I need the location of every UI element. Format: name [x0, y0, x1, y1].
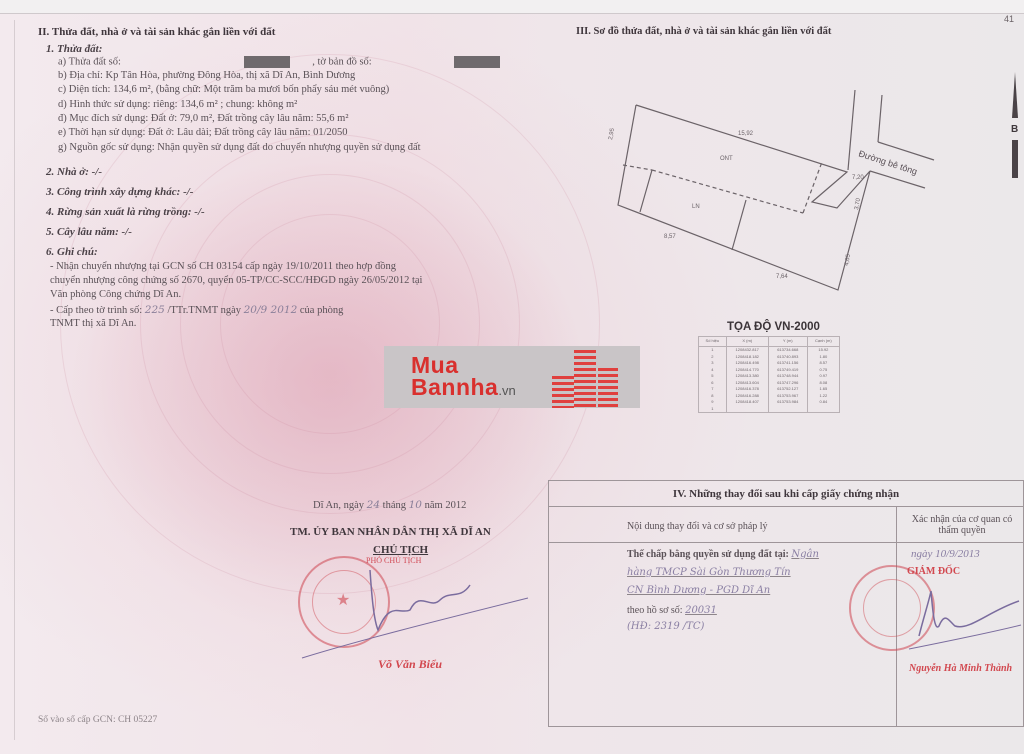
- report-date-handwritten: 20/9 2012: [244, 304, 298, 316]
- page-border: [14, 20, 15, 740]
- dim-label: 15,92: [738, 131, 754, 137]
- top-edge: [0, 0, 1024, 14]
- note-line-4-suffix: của phòng: [297, 305, 343, 316]
- area-label-ont: ONT: [720, 156, 733, 162]
- dim-label: 7,64: [776, 274, 788, 280]
- confirmation-title: GIÁM ĐỐC: [907, 566, 960, 577]
- note-line-3: Văn phòng Công chứng Dĩ An.: [50, 289, 181, 300]
- dim-label: 4,65: [844, 253, 852, 266]
- coord-header: Cạnh (m): [807, 337, 839, 347]
- issuing-authority: TM. ỦY BAN NHÂN DÂN THỊ XÃ DĨ AN: [290, 526, 491, 538]
- signature-scribble: [300, 560, 530, 660]
- address-line: b) Địa chỉ: Kp Tân Hòa, phường Đông Hòa,…: [58, 70, 355, 81]
- change-entry-line-1: Thế chấp bằng quyền sử dụng đất tại: Ngâ…: [627, 549, 819, 560]
- coord-cell: [768, 406, 807, 413]
- coord-cell: 15.92: [807, 347, 839, 354]
- dim-label: 2,95: [608, 127, 616, 140]
- dim-label: 3,70: [854, 197, 862, 210]
- mortgage-label: Thế chấp bằng quyền sử dụng đất tại:: [627, 549, 791, 560]
- coord-header: Y (m): [768, 337, 807, 347]
- redacted-map-sheet: [454, 56, 500, 68]
- issue-date-month-label: tháng: [380, 500, 409, 511]
- building-icon: [552, 376, 574, 408]
- watermark-suffix: .vn: [498, 383, 515, 398]
- changes-table: IV. Những thay đổi sau khi cấp giấy chứn…: [548, 480, 1024, 727]
- usage-purpose-line: đ) Mục đích sử dụng: Đất ở: 79,0 m², Đất…: [58, 113, 349, 124]
- col-header-confirmation: Xác nhận của cơ quan có thẩm quyền: [901, 514, 1023, 536]
- note-line-1: - Nhận chuyển nhượng tại GCN số CH 03154…: [50, 261, 396, 272]
- north-label: B: [1011, 124, 1018, 135]
- item-1-title: 1. Thửa đất:: [46, 43, 102, 55]
- note-line-2: chuyển nhượng công chứng số 2670, quyển …: [50, 275, 422, 286]
- change-entry-line-2: hàng TMCP Sài Gòn Thương Tín: [627, 567, 791, 578]
- issue-month: 10: [409, 499, 422, 511]
- section-ii-title: II. Thửa đất, nhà ở và tài sản khác gắn …: [38, 26, 275, 38]
- map-sheet-label: , tờ bản đồ số:: [312, 56, 372, 67]
- usage-origin-line: g) Nguồn gốc sử dụng: Nhận quyền sử dụng…: [58, 142, 421, 153]
- item-2-house: 2. Nhà ở: -/-: [46, 166, 102, 178]
- issue-year: năm 2012: [422, 500, 466, 511]
- file-number-label: theo hồ sơ số:: [627, 605, 685, 616]
- gcn-registry-number: Số vào sổ cấp GCN: CH 05227: [38, 715, 157, 725]
- emblem-ring: [140, 134, 520, 514]
- issue-date: Dĩ An, ngày 24 tháng 10 năm 2012: [313, 499, 466, 511]
- dim-label: 8,57: [664, 234, 676, 240]
- note-line-5: TNMT thị xã Dĩ An.: [50, 318, 136, 329]
- dim-label: 7,20: [852, 175, 864, 181]
- issue-date-prefix: Dĩ An, ngày: [313, 500, 367, 511]
- handwritten-file-number: 20031: [685, 605, 717, 616]
- coord-cell: 1208432.817: [726, 347, 768, 354]
- section-iv-title: IV. Những thay đổi sau khi cấp giấy chứn…: [549, 481, 1023, 507]
- section-iii-title: III. Sơ đồ thửa đất, nhà ở và tài sản kh…: [576, 26, 831, 37]
- building-icon: [574, 350, 596, 408]
- coord-table-title: TỌA ĐỘ VN-2000: [727, 321, 820, 333]
- note-line-4-prefix: - Cấp theo tờ trình số:: [50, 305, 145, 316]
- coord-row: 1: [699, 406, 840, 413]
- coord-cell: [726, 406, 768, 413]
- change-entry-line-4: theo hồ sơ số: 20031: [627, 605, 717, 616]
- coordinate-table-body: 11208432.817613734.66815.9221208418.1826…: [699, 347, 840, 413]
- confirmation-signer: Nguyễn Hà Minh Thành: [909, 663, 1012, 674]
- issue-day: 24: [367, 499, 380, 511]
- area-label-ln: LN: [692, 204, 700, 210]
- confirmation-date: ngày 10/9/2013: [911, 548, 980, 560]
- redacted-parcel-number: [244, 56, 290, 68]
- watermark-line-2: Bannha: [411, 374, 498, 400]
- item-4-forest: 4. Rừng sản xuất là rừng trồng: -/-: [46, 206, 205, 218]
- signer-name: Võ Văn Biểu: [378, 657, 442, 672]
- emblem-ring: [180, 174, 480, 474]
- handwritten-bank: Ngân: [791, 549, 819, 560]
- item-5-perennial: 5. Cây lâu năm: -/-: [46, 226, 132, 238]
- building-icon: [598, 368, 618, 408]
- coord-header: Số hiệu: [699, 337, 727, 347]
- parcel-diagram: 15,92 ONT LN 8,57 7,64 7,20 2,95 3,70 4,…: [600, 90, 1024, 320]
- change-entry-line-5: (HĐ: 2319 /TC): [627, 621, 704, 632]
- confirmation-signature: [899, 581, 1023, 651]
- usage-form-line: d) Hình thức sử dụng: riêng: 134,6 m² ; …: [58, 99, 297, 110]
- item-3-other-works: 3. Công trình xây dựng khác: -/-: [46, 186, 193, 198]
- coord-cell: [807, 406, 839, 413]
- change-entry-line-3: CN Bình Dương - PGD Dĩ An: [627, 585, 770, 596]
- coord-row: 11208432.817613734.66815.92: [699, 347, 840, 354]
- coord-cell: 1: [699, 406, 727, 413]
- parcel-number-label: a) Thửa đất số:: [58, 56, 121, 67]
- muabannha-watermark: Mua Bannha.vn: [384, 346, 640, 408]
- coord-cell: 613734.668: [768, 347, 807, 354]
- col-header-content: Nội dung thay đổi và cơ sở pháp lý: [627, 521, 768, 532]
- coord-cell: 1: [699, 347, 727, 354]
- area-line: c) Diện tích: 134,6 m², (bằng chữ: Một t…: [58, 84, 389, 95]
- parcel-number-line: a) Thửa đất số: , tờ bản đồ số:: [58, 56, 500, 68]
- watermark-text: Mua Bannha.vn: [411, 354, 516, 402]
- report-number-handwritten: 225: [145, 304, 165, 316]
- watermark-line-1: Mua: [411, 354, 516, 376]
- usage-term-line: e) Thời hạn sử dụng: Đất ở: Lâu dài; Đất…: [58, 127, 348, 138]
- page-mark: 41: [1004, 14, 1014, 24]
- north-arrow-icon: B: [1008, 70, 1022, 180]
- coord-header: X (m): [726, 337, 768, 347]
- note-line-4-middle: /TTr.TNMT ngày: [165, 305, 244, 316]
- signer-title: CHỦ TỊCH: [373, 544, 428, 556]
- coordinate-table: Số hiệu X (m) Y (m) Cạnh (m) 11208432.81…: [698, 336, 840, 413]
- note-line-4: - Cấp theo tờ trình số: 225 /TTr.TNMT ng…: [50, 304, 343, 316]
- item-6-notes-title: 6. Ghi chú:: [46, 246, 98, 258]
